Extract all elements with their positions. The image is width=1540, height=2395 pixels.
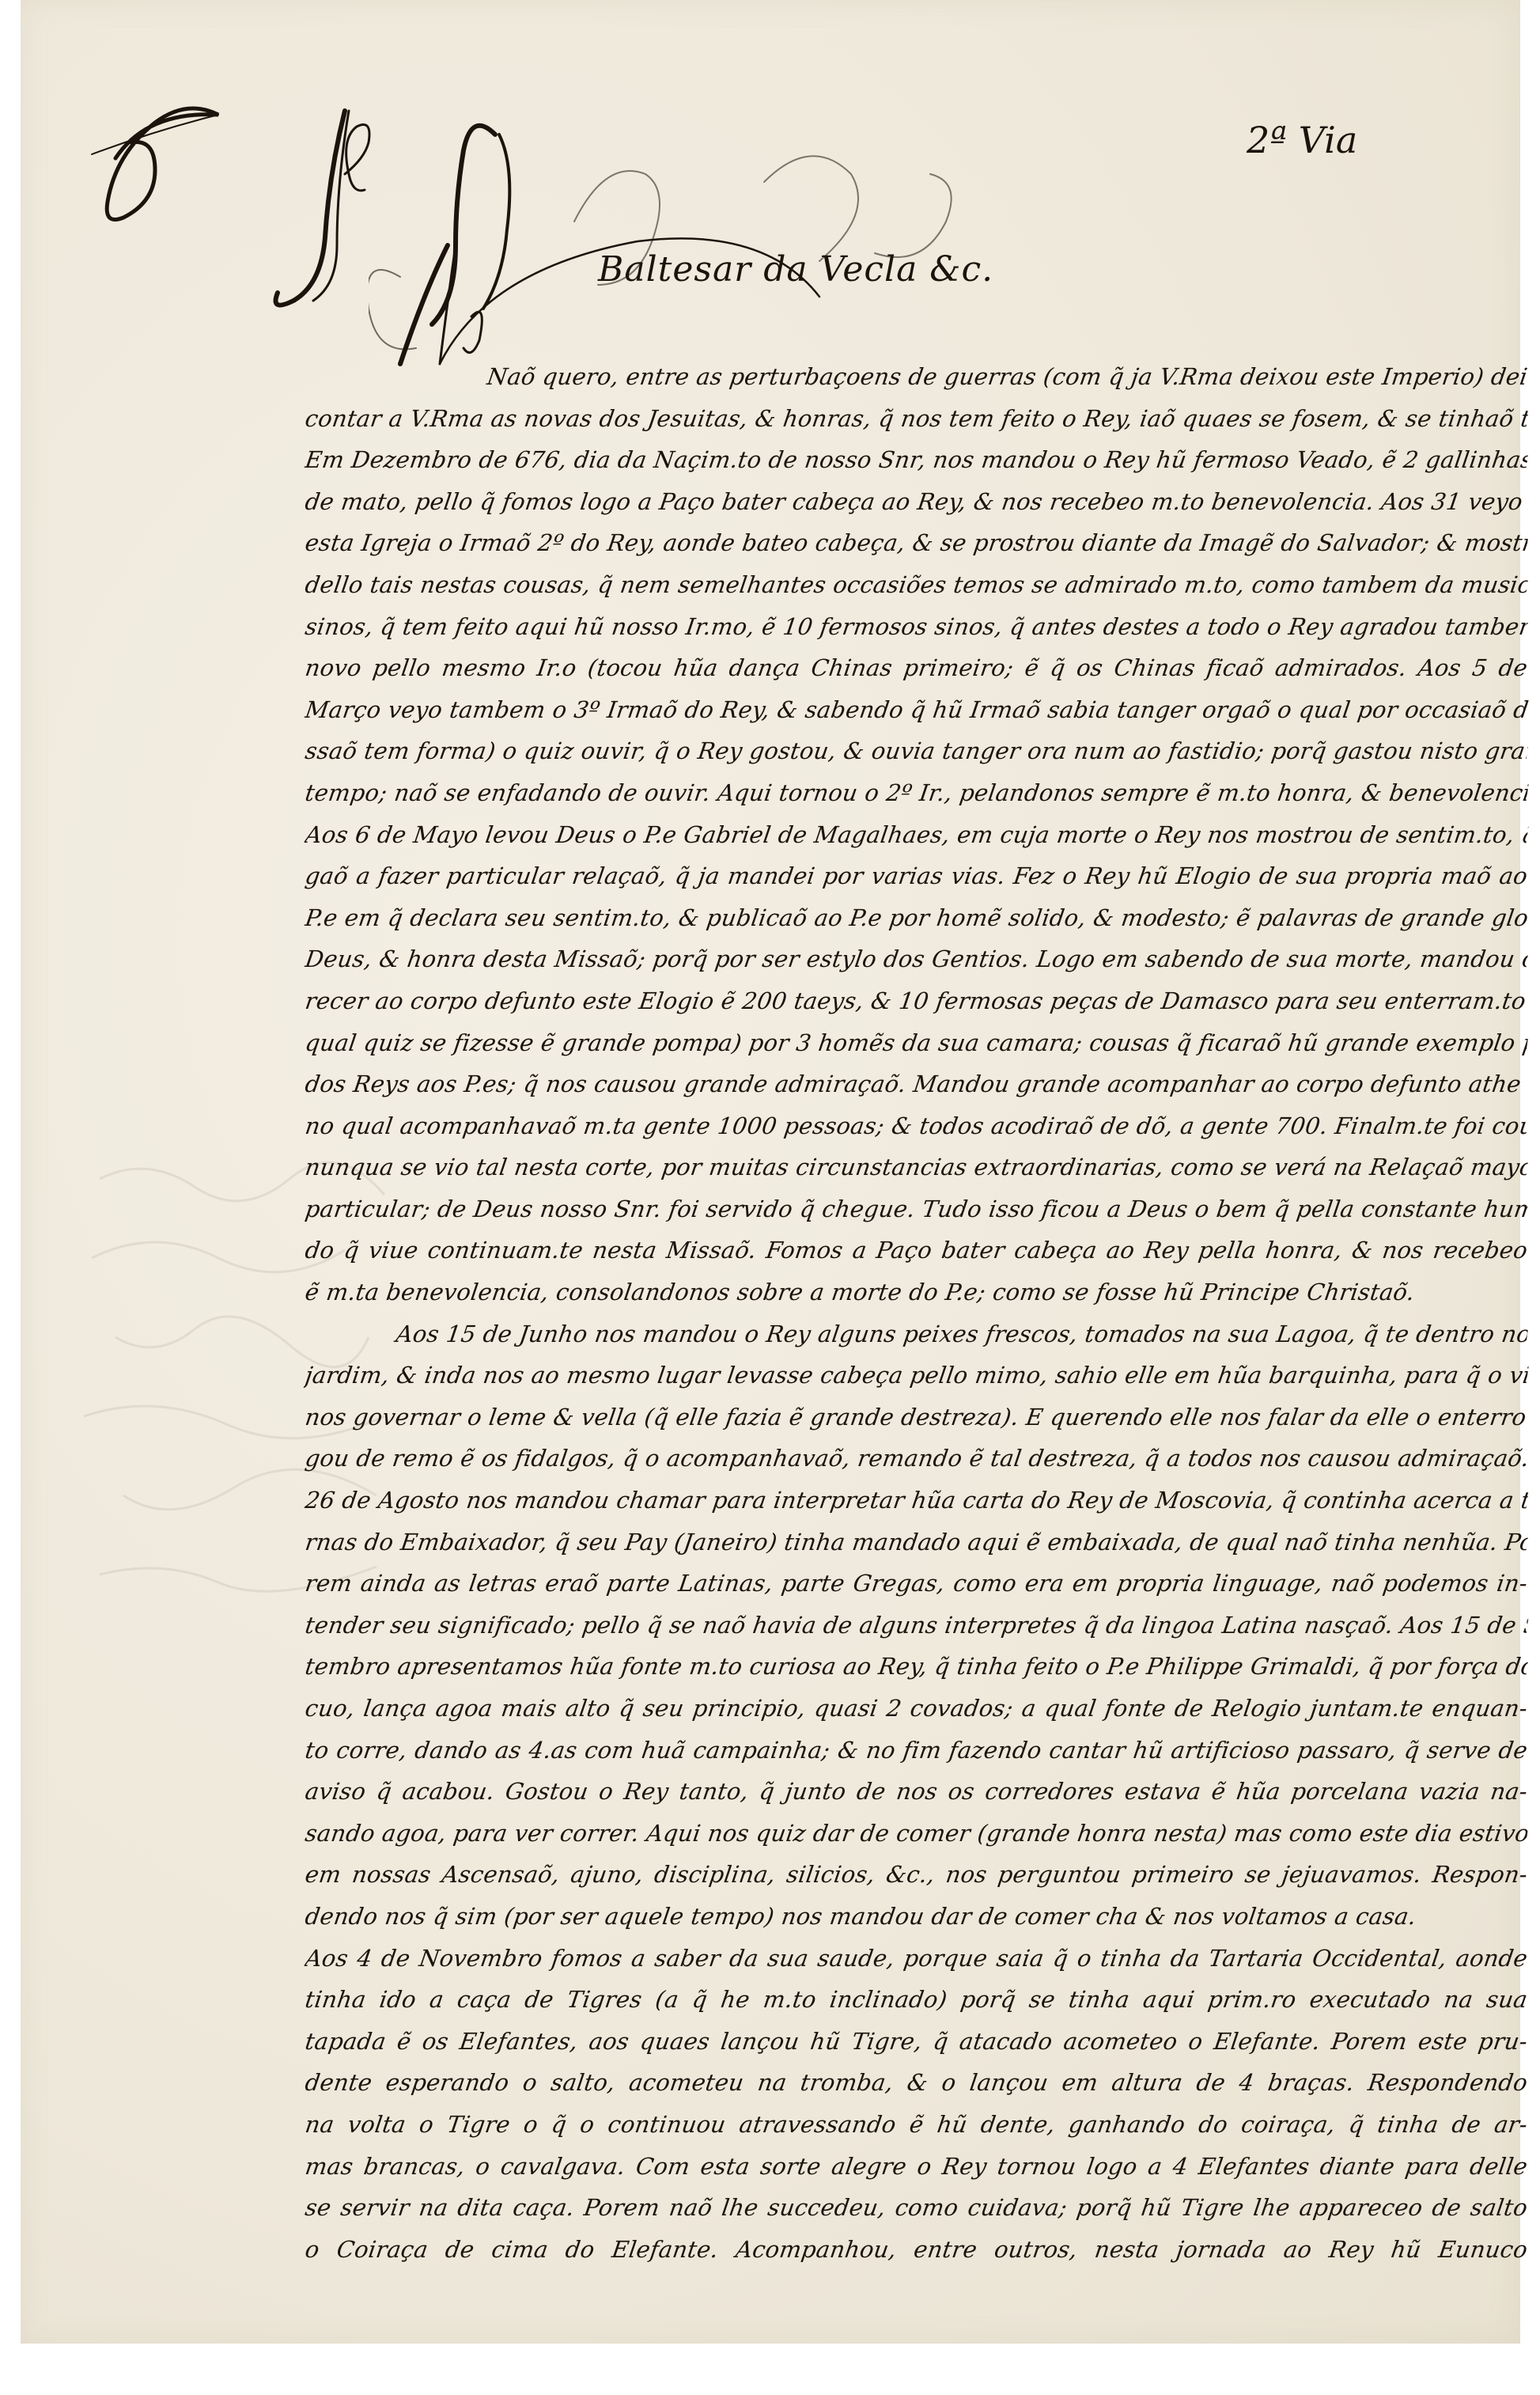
text-line: rem ainda as letras eraõ parte Latinas, …: [302, 1563, 1530, 1605]
text-line: tapada ẽ os Elefantes, aos quaes lançou …: [302, 2021, 1530, 2063]
text-line: nunqua se vio tal nesta corte, por muita…: [302, 1146, 1530, 1188]
text-line: tembro apresentamos hũa fonte m.to curio…: [302, 1646, 1530, 1688]
text-line: ẽ m.ta benevolencia, consolandonos sobre…: [302, 1271, 1530, 1313]
text-line: novo pello mesmo Ir.o (tocou hũa dança C…: [302, 647, 1530, 689]
text-line: Naõ quero, entre as perturbaçoens de gue…: [302, 356, 1530, 398]
text-line: tender seu significado; pello q̃ se naõ …: [302, 1605, 1530, 1647]
text-line: recer ao corpo defunto este Elogio ẽ 200…: [302, 980, 1530, 1022]
text-line: no qual acompanhavaõ m.ta gente 1000 pes…: [302, 1105, 1530, 1147]
text-line: mas brancas, o cavalgava. Com esta sorte…: [302, 2146, 1530, 2188]
text-line: em nossas Ascensaõ, ajuno, disciplina, s…: [302, 1854, 1530, 1896]
text-line: cuo, lança agoa mais alto q̃ seu princip…: [302, 1688, 1530, 1730]
text-line: gou de remo ẽ os fidalgos, q̃ o acompanh…: [302, 1438, 1530, 1480]
text-line: gaõ a fazer particular relaçaõ, q̃ ja ma…: [302, 855, 1530, 897]
text-line: dello tais nestas cousas, q̃ nem semelha…: [302, 564, 1530, 606]
text-line: esta Igreja o Irmaõ 2º do Rey, aonde bat…: [302, 522, 1530, 564]
text-line: qual quiz se fizesse ẽ grande pompa) por…: [302, 1022, 1530, 1064]
text-line: particular; de Deus nosso Snr. foi servi…: [302, 1188, 1530, 1230]
text-line: tempo; naõ se enfadando de ouvir. Aqui t…: [302, 772, 1530, 814]
text-line: Em Dezembro de 676, dia da Naçim.to de n…: [302, 439, 1530, 481]
text-line: Março veyo tambem o 3º Irmaõ do Rey, & s…: [302, 689, 1530, 731]
text-line: aviso q̃ acabou. Gostou o Rey tanto, q̃ …: [302, 1771, 1530, 1813]
text-line: dendo nos q̃ sim (por ser aquele tempo) …: [302, 1896, 1530, 1938]
text-line: na volta o Tigre o q̃ o continuou atrave…: [302, 2104, 1530, 2146]
text-line: to corre, dando as 4.as com huã campainh…: [302, 1730, 1530, 1772]
text-line: tinha ido a caça de Tigres (a q̃ he m.to…: [302, 1979, 1530, 2021]
text-line: de mato, pello q̃ fomos logo a Paço bate…: [302, 481, 1530, 523]
text-line: rnas do Embaixador, q̃ seu Pay (Janeiro)…: [302, 1522, 1530, 1563]
text-line: do q̃ viue continuam.te nesta Missaõ. Fo…: [302, 1230, 1530, 1271]
text-line: Aos 6 de Mayo levou Deus o P.e Gabriel d…: [302, 814, 1530, 856]
text-line: sando agoa, para ver correr. Aqui nos qu…: [302, 1813, 1530, 1855]
text-line: o Coiraça de cima do Elefante. Acompanho…: [302, 2229, 1530, 2271]
letter-heading: Baltesar da Vecla &c.: [84, 79, 1270, 253]
text-line: P.e em q̃ declara seu sentim.to, & publi…: [302, 897, 1530, 939]
text-line: dos Reys aos P.es; q̃ nos causou grande …: [302, 1063, 1530, 1105]
text-line: 26 de Agosto nos mandou chamar para inte…: [302, 1480, 1530, 1522]
letter-body: Naõ quero, entre as perturbaçoens de gue…: [305, 356, 1527, 2270]
initial-letter-n-icon: [369, 237, 922, 372]
manuscript-page: Baltesar da Vecla &c. 2ª Via Naõ quero, …: [21, 0, 1520, 2344]
text-line: contar a V.Rma as novas dos Jesuitas, & …: [302, 398, 1530, 440]
text-line: dente esperando o salto, acometeu na tro…: [302, 2062, 1530, 2104]
text-line: se servir na dita caça. Porem naõ lhe su…: [302, 2187, 1530, 2229]
paragraph-start-line: Aos 4 de Novembro fomos a saber da sua s…: [302, 1938, 1530, 1980]
copy-note: 2ª Via: [1247, 119, 1357, 161]
text-line: nos governar o leme & vella (q̃ elle faz…: [302, 1396, 1530, 1438]
text-line: jardim, & inda nos ao mesmo lugar levass…: [302, 1355, 1530, 1396]
text-line: Deus, & honra desta Missaõ; porq̃ por se…: [302, 938, 1530, 980]
text-line: ssaõ tem forma) o quiz ouvir, q̃ o Rey g…: [302, 730, 1530, 772]
text-line: sinos, q̃ tem feito aqui hũ nosso Ir.mo,…: [302, 606, 1530, 648]
paragraph-start-line: Aos 15 de Junho nos mandou o Rey alguns …: [302, 1313, 1530, 1355]
